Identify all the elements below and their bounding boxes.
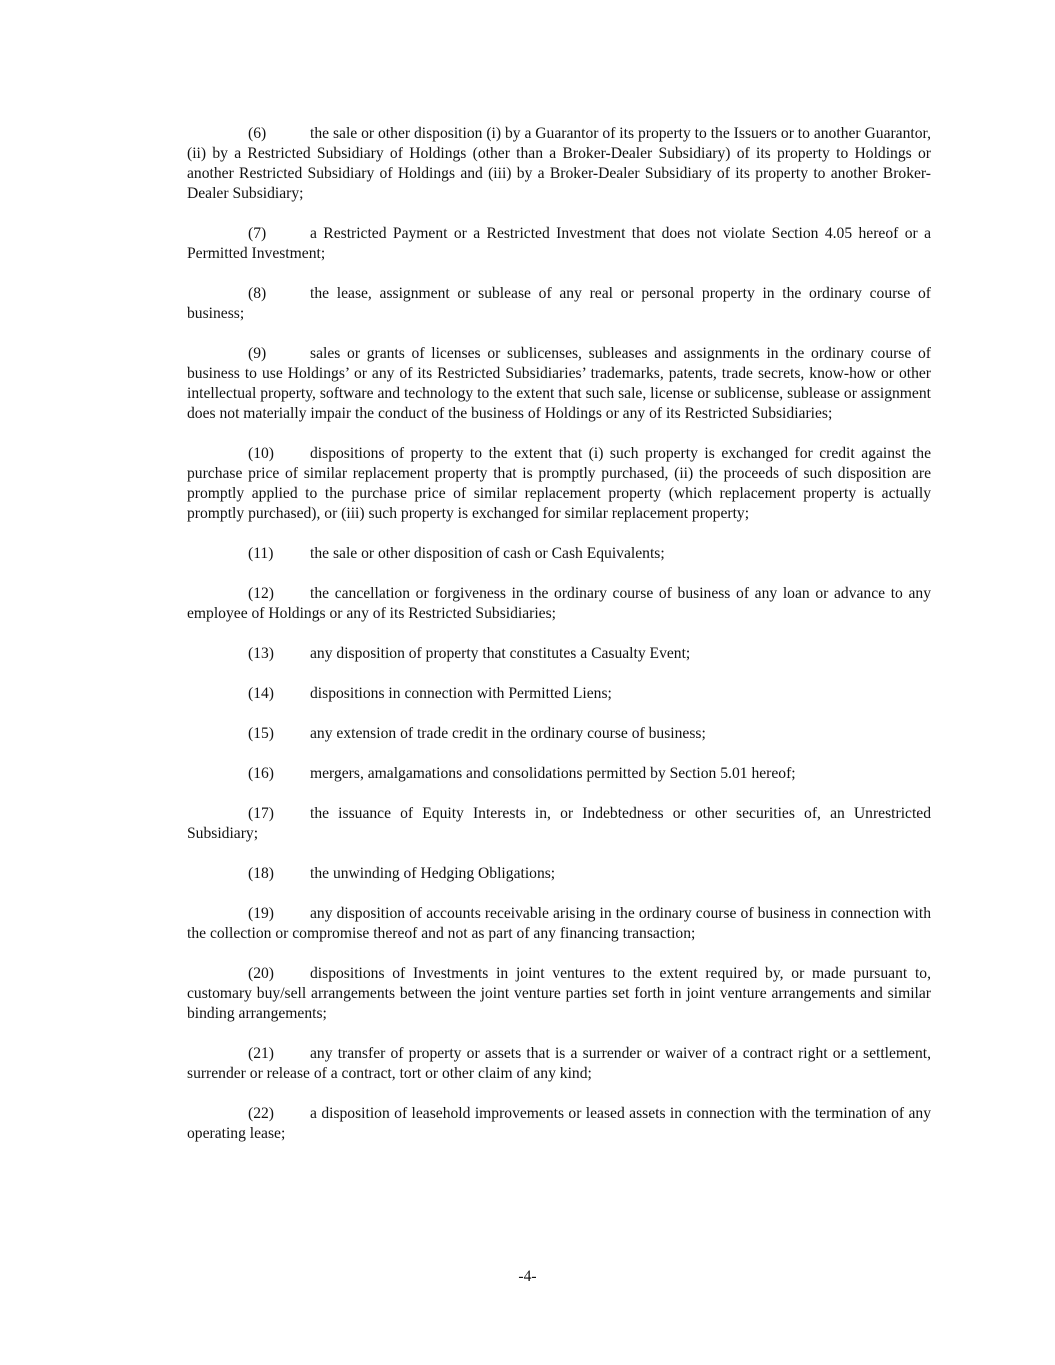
- list-item: (14)dispositions in connection with Perm…: [187, 684, 931, 704]
- item-number: (8): [248, 284, 310, 304]
- item-number: (12): [248, 584, 310, 604]
- item-number: (6): [248, 124, 310, 144]
- item-text: the sale or other disposition of cash or…: [310, 545, 665, 562]
- item-number: (9): [248, 344, 310, 364]
- item-number: (11): [248, 544, 310, 564]
- list-item: (19)any disposition of accounts receivab…: [187, 904, 931, 944]
- list-item: (13)any disposition of property that con…: [187, 644, 931, 664]
- page-number: -4-: [0, 1267, 1055, 1287]
- list-item: (21)any transfer of property or assets t…: [187, 1044, 931, 1084]
- list-item: (20)dispositions of Investments in joint…: [187, 964, 931, 1024]
- list-item: (9)sales or grants of licenses or sublic…: [187, 344, 931, 424]
- item-text: any disposition of property that constit…: [310, 645, 690, 662]
- document-page: (6)the sale or other disposition (i) by …: [187, 124, 931, 1164]
- list-item: (15)any extension of trade credit in the…: [187, 724, 931, 744]
- item-text: the unwinding of Hedging Obligations;: [310, 865, 555, 882]
- item-number: (22): [248, 1104, 310, 1124]
- list-item: (11)the sale or other disposition of cas…: [187, 544, 931, 564]
- item-number: (13): [248, 644, 310, 664]
- list-item: (17)the issuance of Equity Interests in,…: [187, 804, 931, 844]
- item-number: (18): [248, 864, 310, 884]
- list-item: (10)dispositions of property to the exte…: [187, 444, 931, 524]
- item-number: (16): [248, 764, 310, 784]
- list-item: (22)a disposition of leasehold improveme…: [187, 1104, 931, 1144]
- item-number: (10): [248, 444, 310, 464]
- item-number: (21): [248, 1044, 310, 1064]
- list-item: (6)the sale or other disposition (i) by …: [187, 124, 931, 204]
- item-text: mergers, amalgamations and consolidation…: [310, 765, 796, 782]
- item-text: any extension of trade credit in the ord…: [310, 725, 706, 742]
- list-item: (8)the lease, assignment or sublease of …: [187, 284, 931, 324]
- item-number: (17): [248, 804, 310, 824]
- item-number: (14): [248, 684, 310, 704]
- item-number: (7): [248, 224, 310, 244]
- list-item: (7)a Restricted Payment or a Restricted …: [187, 224, 931, 264]
- list-item: (18)the unwinding of Hedging Obligations…: [187, 864, 931, 884]
- item-text: dispositions in connection with Permitte…: [310, 685, 612, 702]
- item-number: (20): [248, 964, 310, 984]
- list-item: (12)the cancellation or forgiveness in t…: [187, 584, 931, 624]
- list-item: (16)mergers, amalgamations and consolida…: [187, 764, 931, 784]
- item-number: (19): [248, 904, 310, 924]
- item-number: (15): [248, 724, 310, 744]
